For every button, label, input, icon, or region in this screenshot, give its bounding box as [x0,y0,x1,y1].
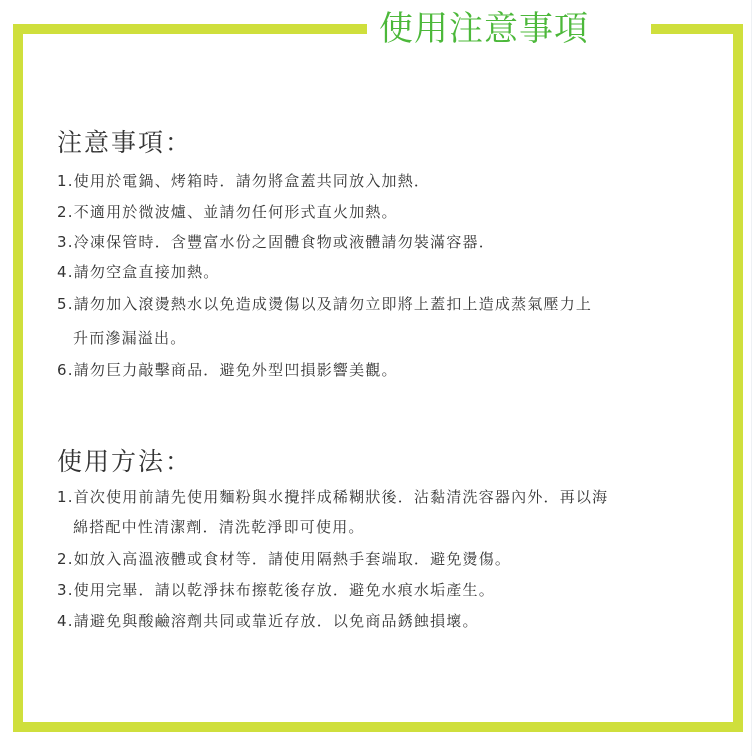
notes-heading: 注意事項： [57,128,192,158]
frame-top-left-segment [13,24,367,34]
notes-item-6: 6.請勿巨力敲擊商品．避免外型凹損影響美觀。 [57,360,398,380]
notes-item-4: 4.請勿空盒直接加熱。 [57,262,220,282]
page-title: 使用注意事項 [379,6,629,52]
usage-item-2: 2.如放入高溫液體或食材等．請使用隔熱手套端取．避免燙傷。 [57,549,511,569]
usage-item-3: 3.使用完畢．請以乾淨抹布擦乾後存放．避免水痕水垢產生。 [57,580,495,600]
frame-top-right-segment [651,24,743,34]
usage-heading: 使用方法： [57,447,192,477]
notes-item-2: 2.不適用於微波爐、並請勿任何形式直火加熱。 [57,202,398,222]
usage-item-1-continued: 綿搭配中性清潔劑．清洗乾淨即可使用。 [73,517,365,537]
usage-item-1: 1.首次使用前請先使用麵粉與水攪拌成稀糊狀後．沾黏清洗容器內外．再以海 [57,487,608,507]
notes-item-5-continued: 升而滲漏溢出。 [73,328,186,348]
notes-item-5: 5.請勿加入滾燙熱水以免造成燙傷以及請勿立即將上蓋扣上造成蒸氣壓力上 [57,294,592,314]
usage-item-4: 4.請避免與酸鹼溶劑共同或靠近存放．以免商品銹蝕損壞。 [57,611,479,631]
notes-item-1: 1.使用於電鍋、烤箱時．請勿將盒蓋共同放入加熱． [57,171,430,191]
edge-divider [751,0,752,756]
notes-item-3: 3.冷凍保管時．含豐富水份之固體食物或液體請勿裝滿容器． [57,232,495,252]
